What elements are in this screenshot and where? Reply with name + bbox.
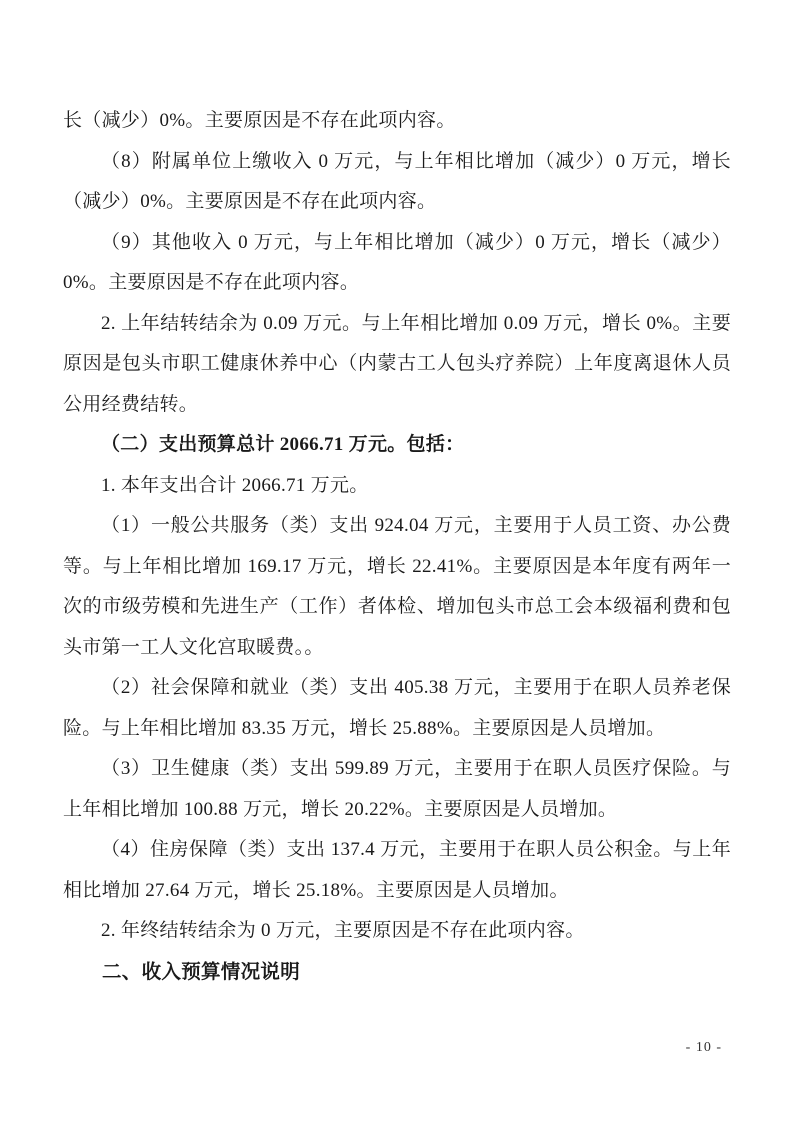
doc-heading-income-budget: 二、收入预算情况说明 xyxy=(63,952,731,993)
doc-heading-expenditure-total: （二）支出预算总计 2066.71 万元。包括： xyxy=(63,425,731,466)
doc-paragraph-item-9: （9）其他收入 0 万元，与上年相比增加（减少）0 万元，增长（减少）0%。主要… xyxy=(63,223,731,304)
doc-paragraph-yearend-carryover: 2. 年终结转结余为 0 万元，主要原因是不存在此项内容。 xyxy=(63,911,731,952)
document-body: 长（减少）0%。主要原因是不存在此项内容。 （8）附属单位上缴收入 0 万元，与… xyxy=(63,101,731,992)
document-page: 长（减少）0%。主要原因是不存在此项内容。 （8）附属单位上缴收入 0 万元，与… xyxy=(0,0,794,1123)
doc-paragraph-social-security: （2）社会保障和就业（类）支出 405.38 万元，主要用于在职人员养老保险。与… xyxy=(63,668,731,749)
doc-paragraph-continuation: 长（减少）0%。主要原因是不存在此项内容。 xyxy=(63,101,731,142)
doc-paragraph-annual-expenditure: 1. 本年支出合计 2066.71 万元。 xyxy=(63,466,731,507)
doc-paragraph-health: （3）卫生健康（类）支出 599.89 万元，主要用于在职人员医疗保险。与上年相… xyxy=(63,749,731,830)
doc-paragraph-housing: （4）住房保障（类）支出 137.4 万元，主要用于在职人员公积金。与上年相比增… xyxy=(63,830,731,911)
doc-paragraph-general-public-services: （1）一般公共服务（类）支出 924.04 万元，主要用于人员工资、办公费等。与… xyxy=(63,506,731,668)
doc-paragraph-carryover: 2. 上年结转结余为 0.09 万元。与上年相比增加 0.09 万元，增长 0%… xyxy=(63,304,731,426)
page-number: - 10 - xyxy=(686,1038,722,1058)
doc-paragraph-item-8: （8）附属单位上缴收入 0 万元，与上年相比增加（减少）0 万元，增长（减少）0… xyxy=(63,142,731,223)
